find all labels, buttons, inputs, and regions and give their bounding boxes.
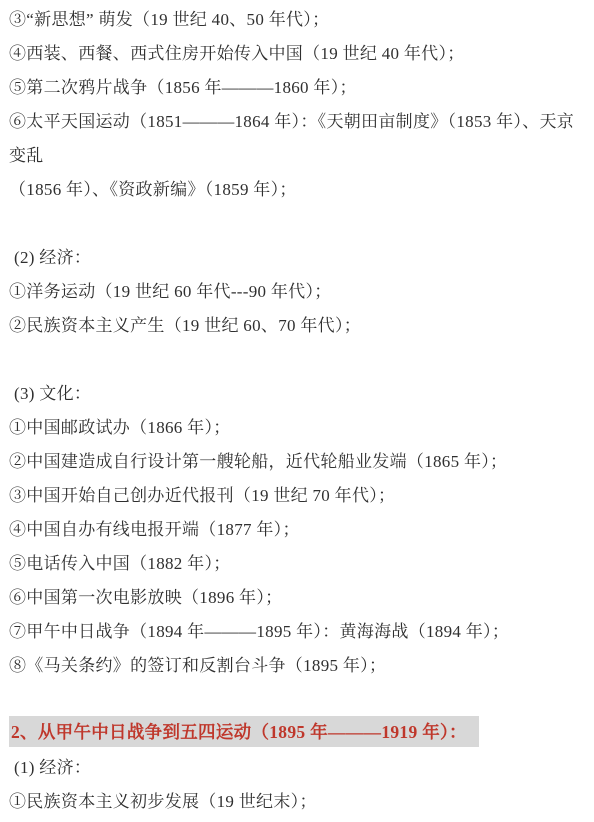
section-heading-highlighted: 2、从甲午中日战争到五四运动（1895 年———1919 年）： xyxy=(9,714,588,748)
blank-line xyxy=(9,680,588,714)
text-line: ③“新思想” 萌发（19 世纪 40、50 年代）； xyxy=(9,0,588,34)
blank-line xyxy=(9,340,588,374)
document-page: ③“新思想” 萌发（19 世纪 40、50 年代）； ④西装、西餐、西式住房开始… xyxy=(0,0,594,816)
section-label-economy-2: (1) 经济： xyxy=(9,748,588,782)
text-line: ①民族资本主义初步发展（19 世纪末）； xyxy=(9,782,588,816)
text-line: 变乱 xyxy=(9,136,588,170)
highlighted-heading-text: 2、从甲午中日战争到五四运动（1895 年———1919 年）： xyxy=(9,716,479,747)
text-line: ③中国开始自己创办近代报刊（19 世纪 70 年代）； xyxy=(9,476,588,510)
text-line: ①中国邮政试办（1866 年）； xyxy=(9,408,588,442)
text-line: ⑤电话传入中国（1882 年）； xyxy=(9,544,588,578)
text-line: ⑧《马关条约》的签订和反割台斗争（1895 年）； xyxy=(9,646,588,680)
text-line: ④西装、西餐、西式住房开始传入中国（19 世纪 40 年代）； xyxy=(9,34,588,68)
text-line: ①洋务运动（19 世纪 60 年代---90 年代）； xyxy=(9,272,588,306)
text-line: ④中国自办有线电报开端（1877 年）； xyxy=(9,510,588,544)
text-line: ⑥中国第一次电影放映（1896 年）； xyxy=(9,578,588,612)
text-line: ⑤第二次鸦片战争（1856 年———1860 年）； xyxy=(9,68,588,102)
text-line: ⑥太平天国运动（1851———1864 年）：《天朝田亩制度》（1853 年）、… xyxy=(9,102,588,136)
section-label-culture: (3) 文化： xyxy=(9,374,588,408)
section-label-economy: (2) 经济： xyxy=(9,238,588,272)
text-line: （1856 年）、《资政新编》（1859 年）； xyxy=(9,170,588,204)
blank-line xyxy=(9,204,588,238)
text-line: ⑦甲午中日战争（1894 年———1895 年）：黄海海战（1894 年）； xyxy=(9,612,588,646)
text-line: ②中国建造成自行设计第一艘轮船，近代轮船业发端（1865 年）； xyxy=(9,442,588,476)
text-line: ②民族资本主义产生（19 世纪 60、70 年代）； xyxy=(9,306,588,340)
